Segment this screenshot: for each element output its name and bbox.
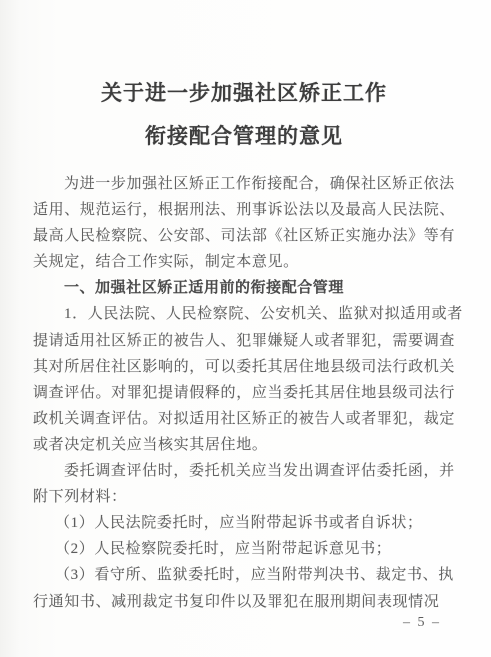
body-text-line: 委托调查评估时，委托机关应当发出调查评估委托函，并 <box>33 458 455 484</box>
list-item-line: （1）人民法院委托时，应当附带起诉书或者自诉状； <box>33 510 455 536</box>
body-text-line: 行通知书、减刑裁定书复印件以及罪犯在服刑期间表现情况 <box>33 589 455 615</box>
body-text-line: 适用、规范运行，根据刑法、刑事诉讼法以及最高人民法院、 <box>33 197 455 223</box>
list-item-line: （3）看守所、监狱委托时，应当附带判决书、裁定书、执 <box>33 562 455 588</box>
title-line-2: 衔接配合管理的意见 <box>33 115 455 158</box>
scanned-document-page: 关于进一步加强社区矫正工作 衔接配合管理的意见 为进一步加强社区矫正工作衔接配合… <box>0 0 491 657</box>
page-number: – 5 – <box>33 613 455 633</box>
body-text-line: 其对所居住社区影响的，可以委托其居住地县级司法行政机关 <box>33 354 455 380</box>
body-text-line: 为进一步加强社区矫正工作衔接配合，确保社区矫正依法 <box>33 171 455 197</box>
body-text-line: 附下列材料： <box>33 484 455 510</box>
body-text-line: 最高人民检察院、公安部、司法部《社区矫正实施办法》等有 <box>33 223 455 249</box>
body-text-line: 调查评估。对罪犯提请假释的，应当委托其居住地县级司法行 <box>33 380 455 406</box>
document-content: 关于进一步加强社区矫正工作 衔接配合管理的意见 为进一步加强社区矫正工作衔接配合… <box>0 0 491 633</box>
body-text-line: 1．人民法院、人民检察院、公安机关、监狱对拟适用或者 <box>33 301 455 327</box>
body-text-line: 政机关调查评估。对拟适用社区矫正的被告人或者罪犯，裁定 <box>33 406 455 432</box>
body-text-line: 关规定，结合工作实际，制定本意见。 <box>33 249 455 275</box>
section-heading: 一、加强社区矫正适用前的衔接配合管理 <box>33 275 455 301</box>
body-text-line: 或者决定机关应当核实其居住地。 <box>33 432 455 458</box>
body-text-line: 提请适用社区矫正的被告人、犯罪嫌疑人或者罪犯，需要调查 <box>33 328 455 354</box>
document-title: 关于进一步加强社区矫正工作 衔接配合管理的意见 <box>33 72 455 158</box>
title-line-1: 关于进一步加强社区矫正工作 <box>33 72 455 115</box>
document-body: 为进一步加强社区矫正工作衔接配合，确保社区矫正依法 适用、规范运行，根据刑法、刑… <box>33 171 455 615</box>
list-item-line: （2）人民检察院委托时，应当附带起诉意见书； <box>33 536 455 562</box>
